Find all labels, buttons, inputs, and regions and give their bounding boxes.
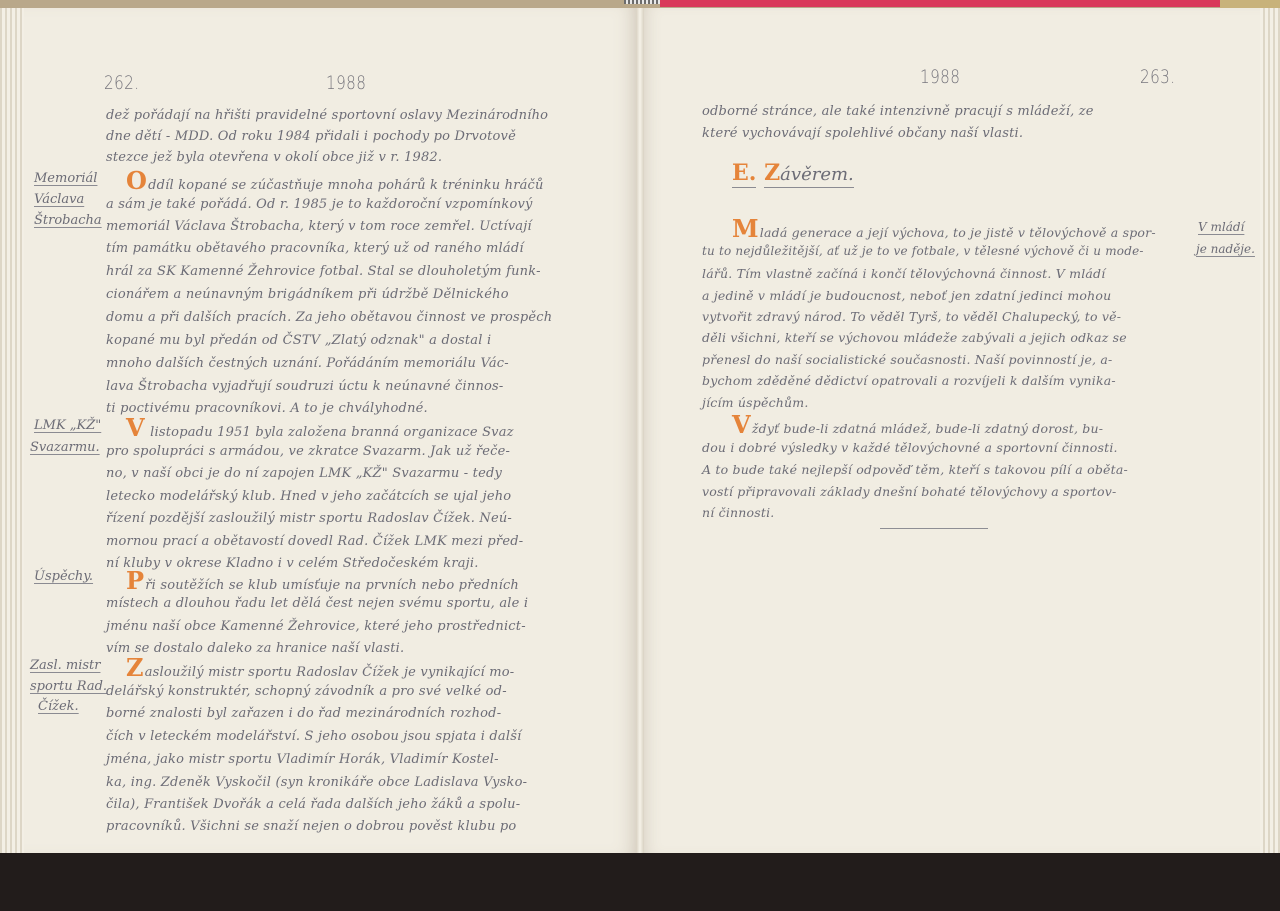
text-line: delářský konstruktér, schopný závodník a… (106, 684, 507, 699)
text-line: tu to nejdůležitější, ať už je to ve fot… (702, 244, 1144, 258)
text-line: a jedině v mládí je budoucnost, neboť je… (702, 288, 1111, 303)
text-line: přenesl do naší socialistické současnost… (702, 352, 1112, 367)
text-line: které vychovávají spolehlivé občany naší… (702, 126, 1023, 141)
margin-note: V mládí (1198, 220, 1244, 234)
red-ribbon-edge (660, 0, 1220, 7)
margin-note: je naděje. (1196, 242, 1255, 256)
text-line: jména, jako mistr sportu Vladimír Horák,… (106, 752, 499, 767)
text-line: čila), František Dvořák a celá řada dalš… (106, 797, 520, 812)
text-line: pro spolupráci s armádou, ve zkratce Sva… (106, 444, 510, 459)
page-number: 263. (1140, 66, 1175, 88)
text-line: dne dětí - MDD. Od roku 1984 přidali i p… (106, 129, 516, 144)
paragraph-first-line: Zasloužilý mistr sportu Radoslav Čížek j… (126, 653, 514, 682)
book-top-edge (0, 0, 1280, 8)
section-heading: E. Závěrem. (732, 160, 854, 186)
illuminated-initial: Z (764, 160, 780, 186)
page-number: 262. (104, 72, 139, 94)
margin-note: Úspěchy. (34, 569, 93, 584)
text-line: listopadu 1951 byla založena branná orga… (146, 425, 514, 440)
text-line: hrál za SK Kamenné Žehrovice fotbal. Sta… (106, 264, 541, 279)
margin-note: Zasl. mistr (30, 658, 100, 673)
text-line: A to bude také nejlepší odpověď těm, kte… (702, 462, 1128, 477)
gilt-edge (1220, 0, 1280, 8)
section-letter: E. (732, 160, 756, 188)
text-line: letecko modelářský klub. Hned v jeho zač… (106, 489, 511, 504)
margin-note: Svazarmu. (30, 440, 100, 455)
text-line: kopané mu byl předán od ČSTV „Zlatý odzn… (106, 333, 491, 348)
paragraph-first-line: Oddíl kopané se zúčastňuje mnoha pohárů … (126, 166, 544, 195)
text-line: borné znalosti byl zařazen i do řad mezi… (106, 706, 501, 721)
right-page: 1988 263. odborné stránce, ale také inte… (640, 8, 1280, 853)
illuminated-initial: P (126, 566, 144, 595)
section-title-rest: ávěrem. (780, 164, 854, 185)
text-line: ní činnosti. (702, 505, 774, 520)
text-line: lava Štrobacha vyjadřují soudruzi úctu k… (106, 379, 504, 394)
illuminated-initial: V (732, 410, 751, 439)
text-line: místech a dlouhou řadu let dělá čest nej… (106, 596, 528, 611)
text-line: čích v leteckém modelářství. S jeho osob… (106, 729, 521, 744)
text-line: a sám je také pořádá. Od r. 1985 je to k… (106, 197, 533, 212)
text-line: ladá generace a její výchova, to je jist… (760, 225, 1156, 240)
margin-note: Čížek. (38, 699, 79, 714)
text-line: asloužilý mistr sportu Radoslav Čížek je… (145, 665, 515, 680)
text-line: ždyť bude-li zdatná mládež, bude-li zdat… (752, 421, 1103, 436)
text-line: domu a při dalších pracích. Za jeho obět… (106, 310, 552, 325)
illuminated-initial: Z (126, 653, 144, 682)
text-line: mnoho dalších čestných uznání. Pořádáním… (106, 356, 509, 371)
text-line: lářů. Tím vlastně začíná i končí tělovýc… (702, 266, 1105, 281)
margin-note: LMK „KŽ" (34, 418, 101, 433)
left-page: 262. 1988 dež pořádají na hřišti pravide… (0, 8, 640, 853)
section-title: Závěrem. (764, 160, 854, 188)
closing-rule (880, 528, 988, 529)
text-line: memoriál Václava Štrobacha, který v tom … (106, 219, 532, 234)
text-line: ři soutěžích se klub umísťuje na prvních… (145, 578, 519, 593)
page-year: 1988 (326, 72, 366, 94)
margin-note: Štrobacha (34, 213, 102, 228)
text-line: ka, ing. Zdeněk Vyskočil (syn kronikáře … (106, 775, 527, 790)
text-line: jícím úspěchům. (702, 395, 809, 410)
illuminated-initial: V (126, 413, 145, 442)
text-line: no, v naší obci je do ní zapojen LMK „KŽ… (106, 466, 502, 481)
page-year: 1988 (920, 66, 960, 88)
illuminated-initial: O (126, 166, 147, 195)
margin-note: Memoriál (34, 171, 97, 186)
text-line: vostí připravovali základy dnešní bohaté… (702, 484, 1116, 499)
text-line: tím památku obětavého pracovníka, který … (106, 241, 524, 256)
text-line: dou i dobré výsledky v každé tělovýchovn… (702, 440, 1118, 455)
text-line: ddíl kopané se zúčastňuje mnoha pohárů k… (148, 178, 544, 193)
text-line: dež pořádají na hřišti pravidelné sporto… (106, 108, 548, 123)
text-line: pracovníků. Všichni se snaží nejen o dob… (106, 819, 516, 834)
paragraph-first-line: Při soutěžích se klub umísťuje na prvníc… (126, 566, 519, 595)
text-line: řízení pozdější zasloužilý mistr sportu … (106, 511, 512, 526)
paragraph-first-line: Mladá generace a její výchova, to je jis… (732, 214, 1156, 243)
paragraph-first-line: V listopadu 1951 byla založena branná or… (126, 413, 514, 442)
text-line: bychom zděděné dědictví opatrovali a roz… (702, 373, 1116, 388)
text-line: stezce jež byla otevřena v okolí obce ji… (106, 150, 442, 165)
text-line: odborné stránce, ale také intenzivně pra… (702, 104, 1094, 119)
text-line: mornou prací a obětavostí dovedl Rad. Čí… (106, 534, 523, 549)
text-line: jménu naší obce Kamenné Žehrovice, které… (106, 619, 526, 634)
text-line: vytvořit zdravý národ. To věděl Tyrš, to… (702, 309, 1121, 324)
margin-note: Václava (34, 192, 84, 207)
paragraph-first-line: Vždyť bude-li zdatná mládež, bude-li zda… (732, 410, 1103, 439)
text-line: děli všichni, kteří se výchovou mládeže … (702, 330, 1127, 345)
illuminated-initial: M (732, 214, 759, 243)
margin-note: sportu Rad. (30, 679, 107, 694)
book-gutter (636, 8, 644, 858)
text-line: cionářem a neúnavným brigádníkem při údr… (106, 287, 509, 302)
background-surface (0, 853, 1280, 911)
